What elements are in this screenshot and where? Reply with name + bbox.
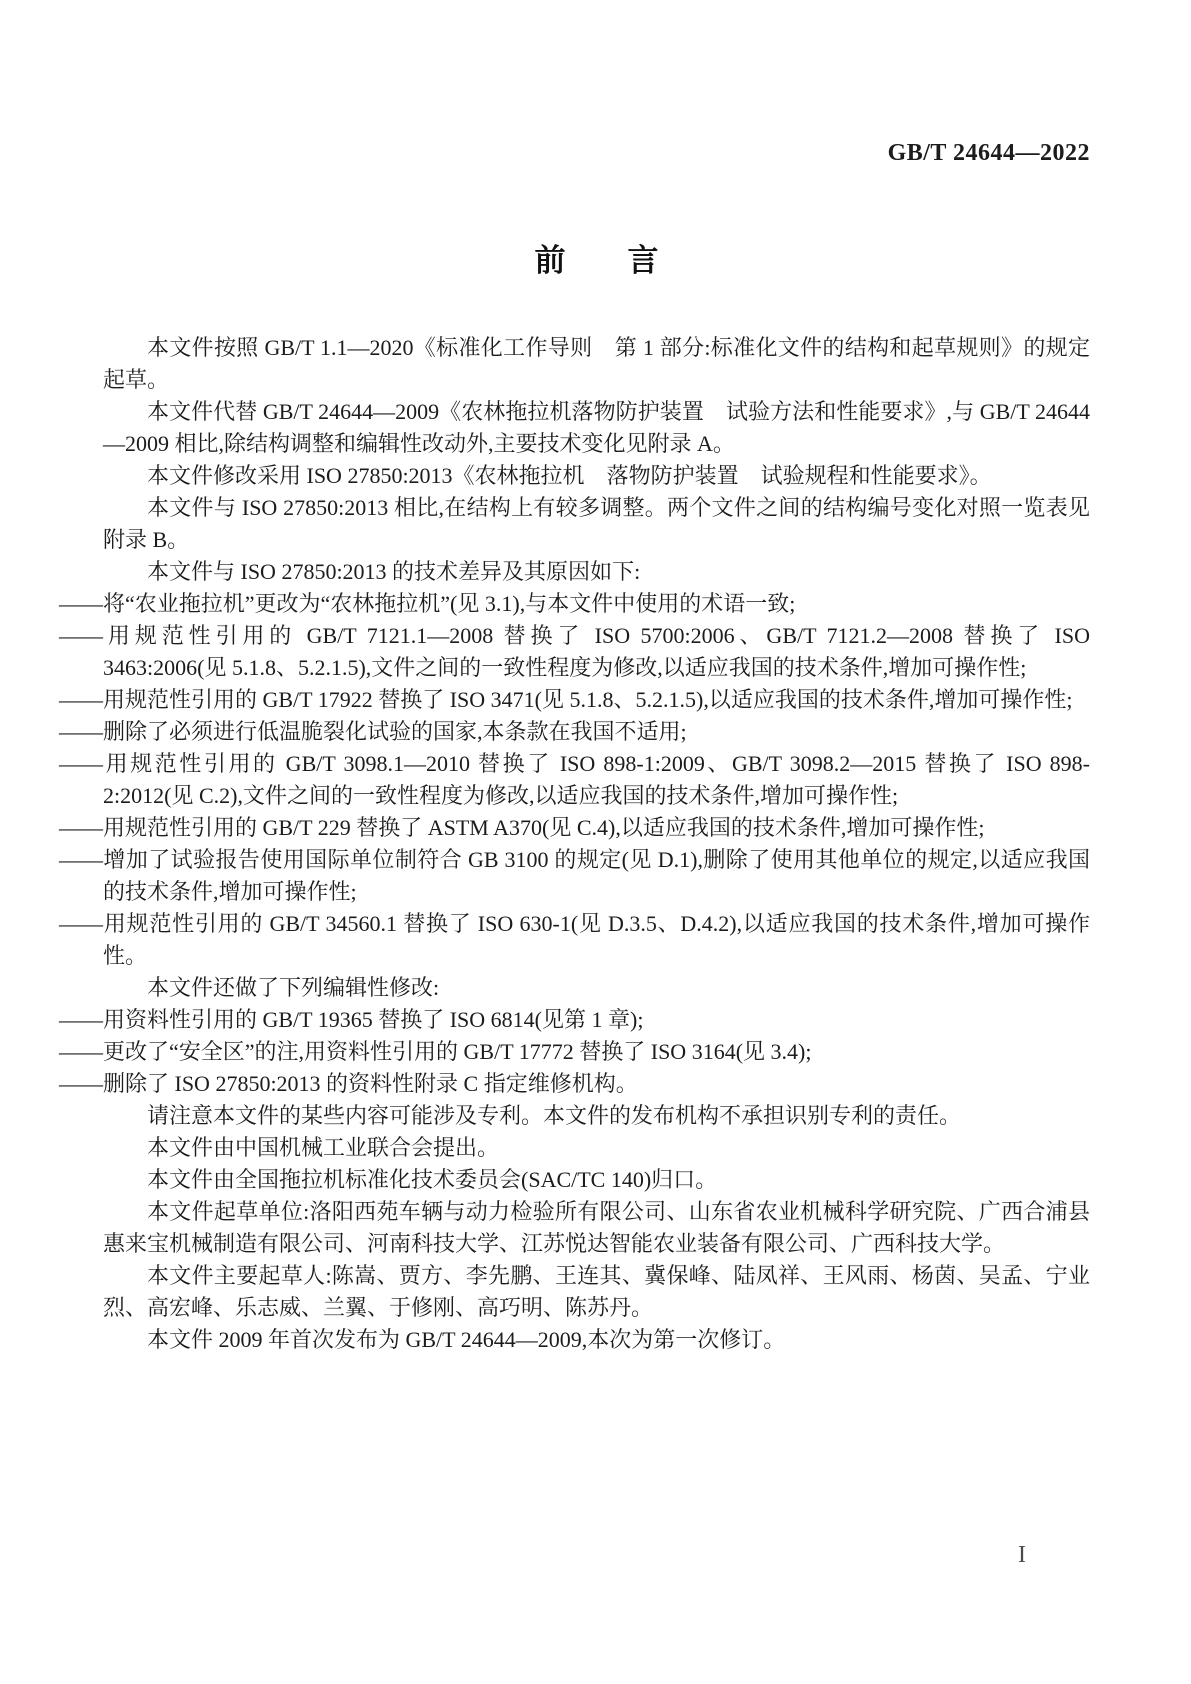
list-item: ——用资料性引用的 GB/T 19365 替换了 ISO 6814(见第 1 章… <box>103 1004 1090 1036</box>
paragraph: 本文件主要起草人:陈嵩、贾方、李先鹏、王连其、冀保峰、陆凤祥、王风雨、杨茵、吴孟… <box>103 1260 1090 1324</box>
list-item: ——用规范性引用的 GB/T 34560.1 替换了 ISO 630-1(见 D… <box>103 908 1090 972</box>
list-item: ——删除了必须进行低温脆裂化试验的国家,本条款在我国不适用; <box>103 716 1090 748</box>
document-page: GB/T 24644—2022 前言 本文件按照 GB/T 1.1—2020《标… <box>0 0 1191 1684</box>
list-item: ——用规范性引用的 GB/T 229 替换了 ASTM A370(见 C.4),… <box>103 812 1090 844</box>
list-item: ——用规范性引用的 GB/T 17922 替换了 ISO 3471(见 5.1.… <box>103 684 1090 716</box>
paragraph: 本文件与 ISO 27850:2013 相比,在结构上有较多调整。两个文件之间的… <box>103 492 1090 556</box>
foreword-body: 本文件按照 GB/T 1.1—2020《标准化工作导则 第 1 部分:标准化文件… <box>103 332 1090 1356</box>
page-title: 前言 <box>103 245 1090 276</box>
paragraph: 本文件修改采用 ISO 27850:2013《农林拖拉机 落物防护装置 试验规程… <box>103 460 1090 492</box>
paragraph: 请注意本文件的某些内容可能涉及专利。本文件的发布机构不承担识别专利的责任。 <box>103 1100 1090 1132</box>
list-item: ——删除了 ISO 27850:2013 的资料性附录 C 指定维修机构。 <box>103 1068 1090 1100</box>
standard-code: GB/T 24644—2022 <box>103 141 1090 165</box>
list-item: ——更改了“安全区”的注,用资料性引用的 GB/T 17772 替换了 ISO … <box>103 1036 1090 1068</box>
paragraph: 本文件还做了下列编辑性修改: <box>103 972 1090 1004</box>
paragraph: 本文件起草单位:洛阳西苑车辆与动力检验所有限公司、山东省农业机械科学研究院、广西… <box>103 1196 1090 1260</box>
paragraph: 本文件 2009 年首次发布为 GB/T 24644—2009,本次为第一次修订… <box>103 1324 1090 1356</box>
list-item: ——用规范性引用的 GB/T 7121.1—2008 替换了 ISO 5700:… <box>103 620 1090 684</box>
paragraph: 本文件代替 GB/T 24644—2009《农林拖拉机落物防护装置 试验方法和性… <box>103 396 1090 460</box>
page-number: I <box>1018 1543 1026 1567</box>
paragraph: 本文件由中国机械工业联合会提出。 <box>103 1132 1090 1164</box>
list-item: ——将“农业拖拉机”更改为“农林拖拉机”(见 3.1),与本文件中使用的术语一致… <box>103 588 1090 620</box>
paragraph: 本文件按照 GB/T 1.1—2020《标准化工作导则 第 1 部分:标准化文件… <box>103 332 1090 396</box>
paragraph: 本文件与 ISO 27850:2013 的技术差异及其原因如下: <box>103 556 1090 588</box>
list-item: ——增加了试验报告使用国际单位制符合 GB 3100 的规定(见 D.1),删除… <box>103 844 1090 908</box>
list-item: ——用规范性引用的 GB/T 3098.1—2010 替换了 ISO 898-1… <box>103 748 1090 812</box>
paragraph: 本文件由全国拖拉机标准化技术委员会(SAC/TC 140)归口。 <box>103 1164 1090 1196</box>
